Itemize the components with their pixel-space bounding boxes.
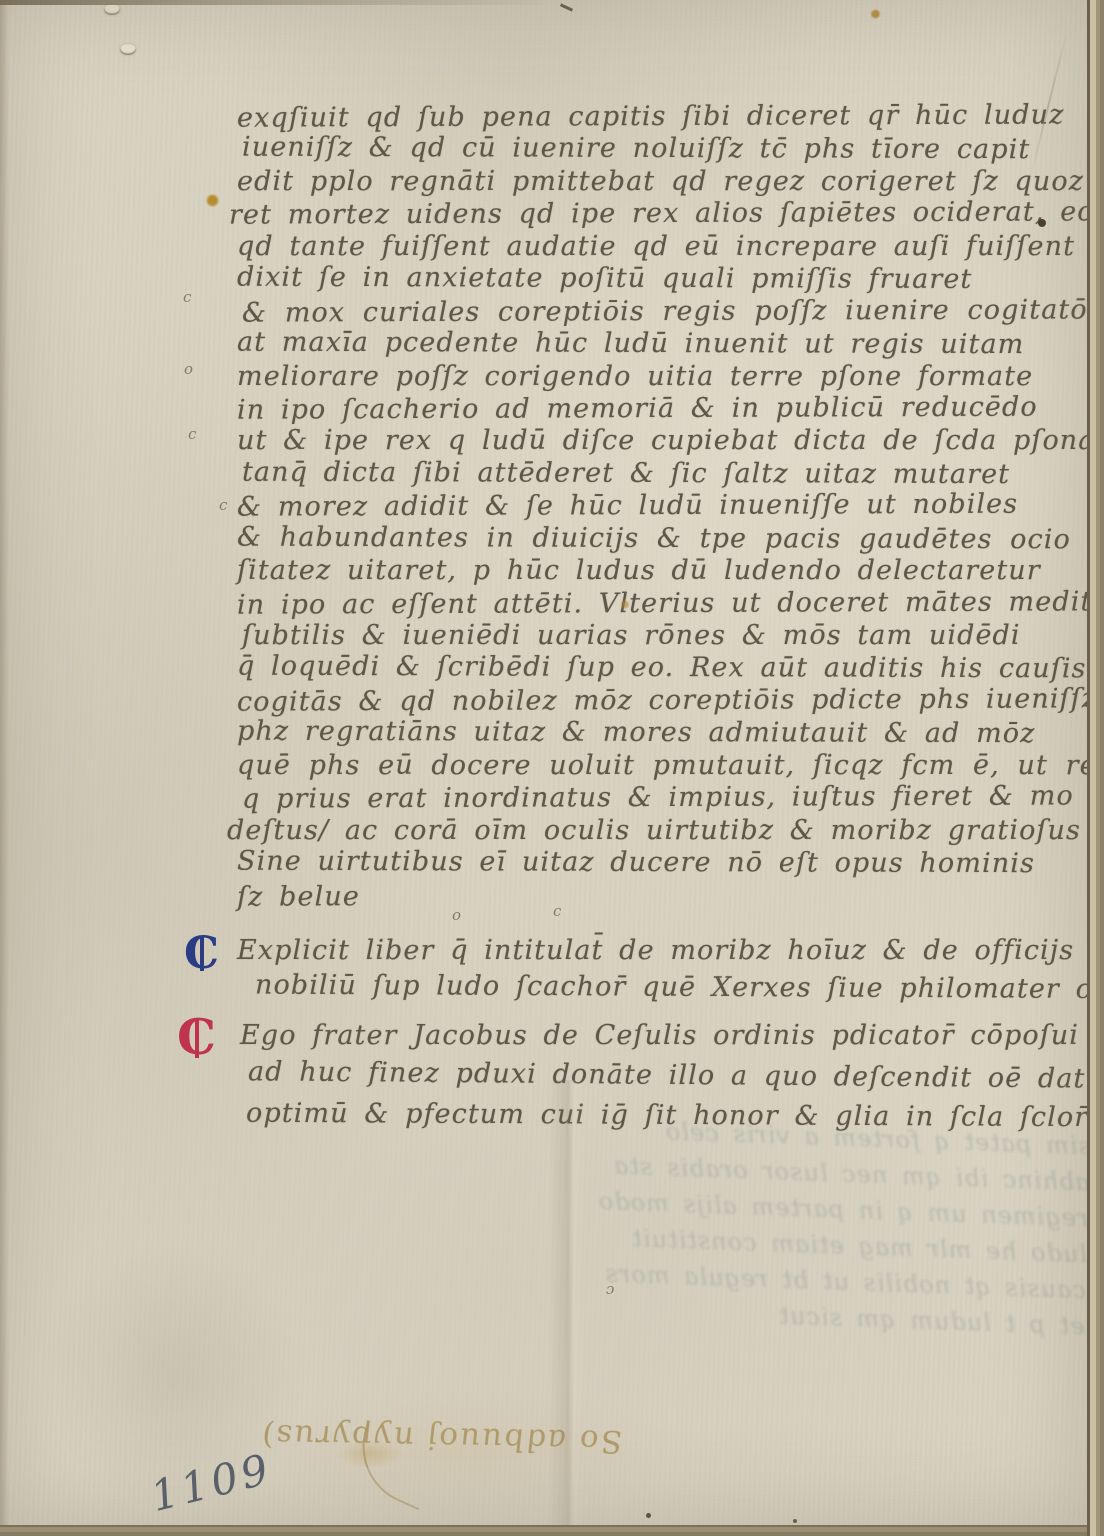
yellow-stain bbox=[205, 194, 220, 207]
text-line: edit pplo regnāti pmittebat qd regez cor… bbox=[237, 166, 1089, 198]
text-line: & morez adidit & ſe hūc ludū inueniſſe u… bbox=[237, 489, 1089, 525]
colophon-line: nobiliū ſup ludo ſcachor̄ quē Xerxes ſiu… bbox=[255, 967, 1104, 1009]
text-line: exqſiuit qd ſub pena capitis ſibi dicere… bbox=[237, 99, 1089, 135]
text-line: meliorare poſſz corigendo uitia terre pſ… bbox=[237, 361, 1089, 393]
colophon-line: Ego frater Jacobus de Ceſulis ordinis pd… bbox=[240, 1016, 1104, 1056]
margin-mark: c bbox=[183, 288, 191, 306]
ink-speck bbox=[793, 1519, 797, 1523]
text-line: & mox curiales coreptiōis regis poſſz iu… bbox=[242, 294, 1089, 330]
text-line: iueniſſz & qd cū iuenire noluiſſz tc̄ ph… bbox=[242, 132, 1089, 167]
margin-mark: c bbox=[553, 902, 561, 920]
margin-mark: ɔ bbox=[606, 1280, 614, 1298]
colophon-line: Explicit liber q̄ intitulat̄ de moribz h… bbox=[237, 932, 1104, 969]
text-line: tanq̄ dicta ſibi attēderet & ſic ſaltz u… bbox=[242, 456, 1089, 491]
page-edge-right bbox=[1087, 0, 1104, 1536]
capitulum-mark-blue: C bbox=[184, 934, 218, 974]
capitulum-bar bbox=[200, 937, 204, 971]
text-line: ret mortez uidens qd ipe rex alios ſapiē… bbox=[229, 197, 1089, 233]
colophon-line: optimū & pfectum cui iḡ ſit honor & glia… bbox=[246, 1094, 1104, 1139]
text-line: q prius erat inordinatus & impius, iuſtu… bbox=[242, 781, 1089, 817]
text-line: & habundantes in diuicijs & tpe pacis ga… bbox=[237, 521, 1089, 556]
folio-number: 1109 bbox=[146, 1444, 277, 1521]
text-line: in ipo ſcacherio ad memoriā & in publicū… bbox=[237, 391, 1089, 427]
text-line: ſubtilis & iueniēdi uarias rōnes & mōs t… bbox=[242, 620, 1089, 652]
text-line: qd tante fuiſſent audatie qd eū increpar… bbox=[237, 231, 1089, 263]
page-edge-top bbox=[0, 0, 600, 5]
text-line: Sine uirtutibus eī uitaz ducere nō eſt o… bbox=[237, 846, 1089, 881]
text-line: dixit ſe in anxietate poſitū quali pmiſſ… bbox=[237, 262, 1089, 297]
author-colophon: Ego frater Jacobus de Ceſulis ordinis pd… bbox=[240, 1016, 1104, 1136]
capitulum-bar bbox=[195, 1020, 199, 1058]
text-line: q̄ loquēdi & ſcribēdi ſup eo. Rex aūt au… bbox=[237, 651, 1089, 686]
parchment-page: sim patet q fortem a viris celo abhinc i… bbox=[0, 0, 1087, 1525]
text-line: quē phs eū docere uoluit pmutauit, ſicqz… bbox=[237, 750, 1089, 782]
margin-mark: c bbox=[219, 496, 227, 514]
text-line: phz regratiāns uitaz & mores admiutauit … bbox=[237, 716, 1089, 751]
text-line: deſtus/ ac corā oīm oculis uirtutibz & m… bbox=[227, 815, 1089, 847]
text-line: ſitatez uitaret, p hūc ludus dū ludendo … bbox=[237, 555, 1089, 587]
text-line: ſz belue bbox=[237, 878, 1089, 914]
margin-mark: o bbox=[184, 360, 193, 378]
main-text-block: exqſiuit qd ſub pena capitis ſibi dicere… bbox=[237, 101, 1089, 912]
parchment-hole bbox=[120, 44, 136, 55]
margin-mark: o bbox=[452, 906, 461, 924]
colophon-line: ad huc finez pduxi donāte illo a quo deſ… bbox=[248, 1052, 1104, 1100]
text-line: in ipo ac eſſent attēti. Vlterius ut doc… bbox=[237, 586, 1089, 622]
page-edge-left bbox=[0, 0, 9, 1525]
inverted-inscription: So adbuuoj nypyrus) bbox=[260, 1417, 623, 1459]
page-edge-bottom bbox=[0, 1525, 1087, 1536]
explicit-colophon: Explicit liber q̄ intitulat̄ de moribz h… bbox=[237, 932, 1104, 1006]
yellow-stain bbox=[870, 9, 881, 19]
ink-speck bbox=[646, 1513, 651, 1518]
margin-mark: c bbox=[188, 425, 196, 443]
text-line: cogitās & qd nobilez mōz coreptiōis pdic… bbox=[237, 683, 1089, 719]
parchment-hole bbox=[104, 4, 120, 15]
text-line: at maxīa pcedente hūc ludū inuenit ut re… bbox=[237, 327, 1089, 362]
manuscript-photo: sim patet q fortem a viris celo abhinc i… bbox=[0, 0, 1104, 1536]
capitulum-mark-red: C bbox=[177, 1017, 211, 1057]
verso-show-through: sim patet q fortem a viris celo abhinc i… bbox=[384, 1104, 1091, 1344]
text-line: ut & ipe rex q ludū diſce cupiebat dicta… bbox=[237, 425, 1089, 457]
